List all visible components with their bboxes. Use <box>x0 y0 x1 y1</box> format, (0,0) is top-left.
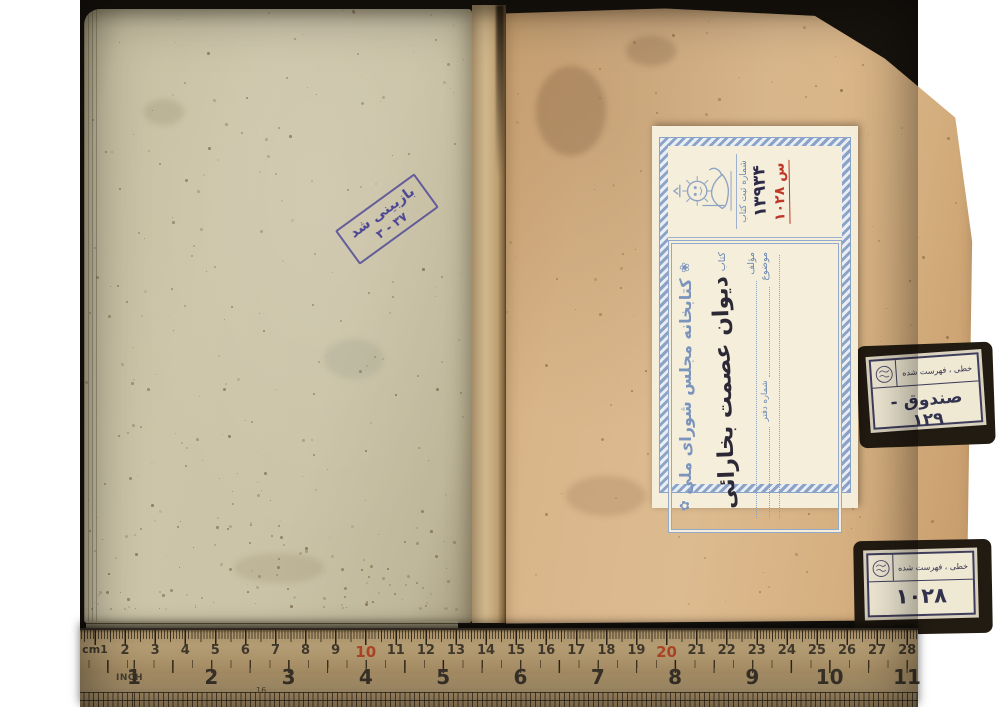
stain <box>536 66 606 156</box>
label-value: ۱۰۲۸ <box>869 583 974 610</box>
label-header-row: خطی ، فهرست شده <box>871 354 979 388</box>
label-header-text: خطی ، فهرست شده <box>896 363 977 378</box>
ruler-cm-4: 4 <box>181 643 190 658</box>
ruler-cm-5: 5 <box>211 643 220 658</box>
ruler-sixteenth-label: 16 <box>256 686 266 695</box>
stain <box>144 99 184 125</box>
ruler-inch-2: 2 <box>204 665 218 689</box>
foxing-speckles <box>84 9 472 623</box>
left-page: بازبینی شد ۳۷ - ۳ <box>84 9 472 623</box>
field-extra-line <box>772 252 780 521</box>
ruler-cm-9: 9 <box>331 643 340 658</box>
field-author: مؤلف <box>746 252 757 521</box>
ruler-sixteenth-grid <box>80 692 918 707</box>
ruler-cm-8: 8 <box>301 643 310 658</box>
ruler-cm-27: 27 <box>868 643 886 658</box>
dotted-leader <box>762 427 770 518</box>
ruler-inch-3: 3 <box>282 665 296 689</box>
bookplate-frame: شماره ثبت کتاب ۱۳۹۳۴ س ۱۰۲۸ ❀ کتابخانه م… <box>660 138 850 492</box>
registration-number-red: س ۱۰۲۸ <box>771 159 790 224</box>
library-bookplate: شماره ثبت کتاب ۱۳۹۳۴ س ۱۰۲۸ ❀ کتابخانه م… <box>652 126 858 508</box>
ruler-cm-25: 25 <box>808 643 826 658</box>
catalog-label-number: خطی ، فهرست شده ۱۰۲۸ <box>866 551 976 618</box>
ruler-cm-17: 17 <box>567 643 585 658</box>
catalog-label-box: خطی ، فهرست شده صندوق - ۱۲۹ <box>869 352 984 430</box>
gutter-hinge <box>472 5 506 623</box>
registration-panel: شماره ثبت کتاب ۱۳۹۳۴ س ۱۰۲۸ <box>668 146 842 238</box>
round-seal-icon <box>868 555 894 582</box>
stain <box>566 476 646 516</box>
ruler-cm-13: 13 <box>447 643 465 658</box>
rosette-icon: ❀ <box>678 262 693 273</box>
ruler-inch-5: 5 <box>436 665 450 689</box>
rosette-icon: ✿ <box>678 500 693 511</box>
ruler-cm-21: 21 <box>688 643 706 658</box>
ruler-cm-18: 18 <box>597 643 615 658</box>
ruler-cm-16: 16 <box>537 643 555 658</box>
library-name: ❀ کتابخانه مجلس شورای ملی ✿ <box>676 252 695 521</box>
ruler-cm-2: 2 <box>121 643 130 658</box>
field-subject-register: موضوع شماره دفتر <box>759 252 770 521</box>
label-header-text: خطی ، فهرست شده <box>893 561 972 572</box>
ruler-inch-4: 4 <box>359 665 373 689</box>
review-stamp: بازبینی شد ۳۷ - ۳ <box>332 169 442 269</box>
book-title-handwritten: دیوان عصمت بخارائی <box>707 276 740 510</box>
ruler-cm-11: 11 <box>387 643 405 658</box>
ruler-cm-20: 20 <box>656 643 677 661</box>
ruler-cm-1: cm1 <box>82 643 108 656</box>
bookplate-paper: شماره ثبت کتاب ۱۳۹۳۴ س ۱۰۲۸ ❀ کتابخانه م… <box>652 126 858 508</box>
ruler-cm-6: 6 <box>241 643 250 658</box>
ruler-cm-22: 22 <box>718 643 736 658</box>
ruler-inch-8: 8 <box>668 665 682 689</box>
divider <box>736 154 737 229</box>
ruler-inch-10: 10 <box>816 665 844 689</box>
ruler-cm-3: 3 <box>151 643 160 658</box>
ruler-cm-7: 7 <box>271 643 280 658</box>
ruler-cm-10: 10 <box>355 643 376 661</box>
ruler-cm-28: 28 <box>898 643 916 658</box>
ruler-cm-24: 24 <box>778 643 796 658</box>
bookplate-form: ❀ کتابخانه مجلس شورای ملی ✿ کتاب دیوان ع… <box>671 243 839 530</box>
ruler-cm-23: 23 <box>748 643 766 658</box>
label-header-row: خطی ، فهرست شده <box>868 553 973 583</box>
ruler-cm-15: 15 <box>507 643 525 658</box>
ruler-inch-1: 1 <box>127 665 141 689</box>
ruler-inch-11: 11 <box>893 665 921 689</box>
stain <box>626 36 676 66</box>
ruler: INCH 16 cm123456789101112131415161718192… <box>80 628 918 707</box>
ruler-inch-7: 7 <box>591 665 605 689</box>
lion-and-sun-emblem <box>671 163 735 221</box>
dotted-leader <box>772 255 780 518</box>
dotted-leader <box>762 287 770 378</box>
scanned-book-photo: بازبینی شد ۳۷ - ۳ <box>80 0 918 707</box>
stain <box>234 553 324 583</box>
field-book: کتاب دیوان عصمت بخارائی <box>700 252 744 521</box>
round-seal-icon <box>871 360 898 388</box>
ruler-inch-9: 9 <box>745 665 759 689</box>
registration-number: ۱۳۹۳۴ <box>749 165 771 218</box>
registration-label: شماره ثبت کتاب <box>739 160 749 223</box>
ruler-inch-6: 6 <box>514 665 528 689</box>
stain <box>324 339 384 379</box>
dotted-leader <box>749 281 757 518</box>
ruler-cm-14: 14 <box>477 643 495 658</box>
ruler-cm-26: 26 <box>838 643 856 658</box>
ruler-cm-12: 12 <box>417 643 435 658</box>
ruler-cm-19: 19 <box>627 643 645 658</box>
